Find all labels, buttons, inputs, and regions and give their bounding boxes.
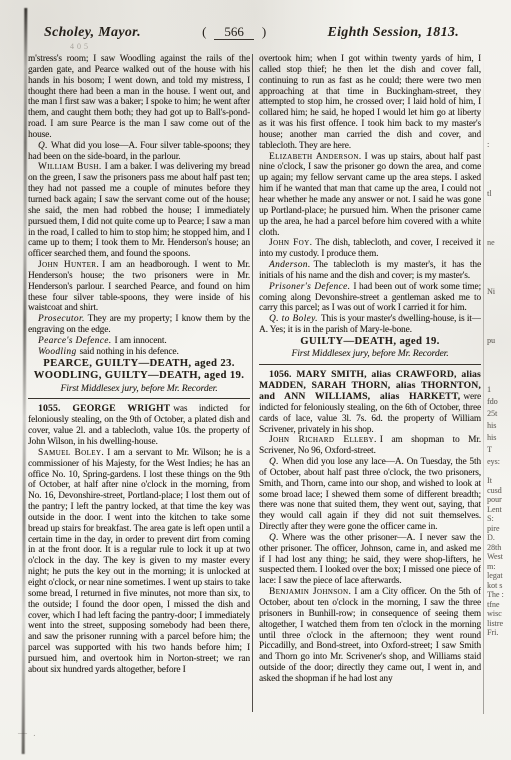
question-label: Q. (269, 533, 279, 543)
witness-testimony: William Bush.I am a baker. I was deliver… (28, 162, 250, 260)
question-answer: Q.When did you lose any lace—A. On Tuesd… (259, 457, 481, 533)
witness-name: Benjamin Johnson. (269, 587, 351, 597)
paren-open: ( (194, 24, 214, 39)
paragraph-text: I was up stairs, about half past nine o'… (259, 152, 481, 238)
left-column: m'stress's room; I saw Woodling against … (28, 54, 250, 710)
paragraph-text: I am a City officer. On the 5th of Octob… (259, 587, 481, 684)
question-label: Q. to Boley. (269, 314, 318, 324)
edge-fragment: West (487, 552, 511, 561)
jury-attribution: First Middlesex jury, before Mr. Recorde… (28, 384, 250, 395)
case-separator-rule (259, 364, 481, 365)
witness-name: William Bush. (38, 162, 102, 172)
speaker-label: Pearce's Defence. (38, 336, 112, 346)
witness-testimony: John Foy.The dish, tablecloth, and cover… (259, 238, 481, 260)
witness-testimony: Benjamin Johnson.I am a City officer. On… (259, 587, 481, 685)
edge-fragment: It (487, 476, 511, 485)
edge-fragment: Fri. (487, 628, 511, 637)
paragraph-text: I am a servant to Mr. Wilson; he is a co… (28, 448, 250, 675)
question-label: Q. (38, 141, 48, 151)
paragraph-text: m'stress's room; I saw Woodling against … (28, 54, 250, 140)
page-header: Scholey, Mayor. (566) Eighth Session, 18… (28, 24, 483, 48)
show-through-artifact: 405 (70, 42, 91, 51)
verdict-line: GUILTY—DEATH, aged 19. (259, 336, 481, 349)
case-number-and-defendant: 1055. GEORGE WRIGHT (38, 403, 170, 414)
edge-fragment: T (487, 445, 511, 454)
defence-statement: Pearce's Defence.I am innocent. (28, 336, 250, 347)
ink-smudge-artifact: — . (18, 728, 38, 738)
edge-fragment: tfne (487, 600, 511, 609)
edge-fragment: 25t (487, 409, 511, 418)
edge-fragment: listre (487, 619, 511, 628)
scanned-document-page: Scholey, Mayor. (566) Eighth Session, 18… (0, 0, 511, 760)
witness-testimony: John Richard Elleby.I am shopman to Mr. … (259, 435, 481, 457)
paragraph-text: Where was the other prisoner—A. I never … (259, 533, 481, 586)
edge-fragment: kot s (487, 581, 511, 590)
edge-fragment: his (487, 421, 511, 430)
case-separator-rule (28, 398, 250, 399)
page-number: 566 (214, 24, 254, 40)
edge-fragment: wisc (487, 609, 511, 618)
edge-fragment: fdo (487, 397, 511, 406)
speaker-label: Prosecutor. (38, 314, 85, 324)
jury-attribution: First Middlesex jury, before Mr. Recorde… (259, 349, 481, 360)
edge-fragment: : (487, 140, 511, 149)
edge-fragment: ne (487, 238, 511, 247)
witness-name: Elizabeth Anderson. (269, 152, 362, 162)
question-label: Q. (269, 457, 279, 467)
binding-shadow (22, 8, 28, 754)
verdict-line: WOODLING, GUILTY—DEATH, aged 19. (28, 370, 250, 383)
edge-fragment: S: (487, 514, 511, 523)
paragraph-text: What did you lose—A. Four silver table-s… (28, 141, 250, 162)
verdict-line: PEARCE, GUILTY—DEATH, aged 23. (28, 358, 250, 371)
witness-name: John Foy. (269, 238, 312, 248)
speaker-label: Woodling (38, 347, 77, 357)
witness-name: John Richard Elleby. (269, 435, 377, 445)
edge-fragment: Ni (487, 287, 511, 296)
page-number-block: (566) (141, 24, 328, 40)
page-edge-line (483, 54, 484, 714)
edge-fragment: D. (487, 533, 511, 542)
speaker-label: Prisoner's Defence. (269, 282, 350, 292)
testimony-continuation: overtook him; when I got within twenty y… (259, 54, 481, 152)
edge-fragment: pour (487, 495, 511, 504)
indictment: 1055. GEORGE WRIGHTwas indicted for felo… (28, 404, 250, 447)
case-number-and-defendants: 1056. MARY SMITH, alias CRAWFORD, alias … (259, 369, 481, 402)
edge-fragment: 28th (487, 543, 511, 552)
witness-testimony: Samuel Boley.I am a servant to Mr. Wilso… (28, 448, 250, 676)
mayor-title: Scholey, Mayor. (44, 25, 141, 41)
paragraph-text: I am innocent. (115, 336, 167, 346)
question-answer: Q.Where was the other prisoner—A. I neve… (259, 533, 481, 587)
witness-name: John Hunter. (38, 260, 99, 270)
question-answer: Q.What did you lose—A. Four silver table… (28, 141, 250, 163)
edge-fragment: The : (487, 590, 511, 599)
edge-fragment: pire (487, 524, 511, 533)
session-title: Eighth Session, 1813. (327, 25, 459, 41)
speaker-label: Anderson. (269, 260, 311, 270)
paragraph-text: When did you lose any lace—A. On Tuesday… (259, 457, 481, 532)
witness-name: Samuel Boley. (38, 448, 104, 458)
edge-fragment: eys: (487, 457, 511, 466)
edge-fragment: m: (487, 562, 511, 571)
paragraph-text: said nothing in his defence. (80, 347, 179, 357)
paragraph-text: overtook him; when I got within twenty y… (259, 54, 481, 151)
adjacent-page-text-fragments: : tl ne Ni pu 1 fdo 25t his his T eys: I… (487, 140, 511, 638)
edge-fragment: legat (487, 571, 511, 580)
testimony-continuation: m'stress's room; I saw Woodling against … (28, 54, 250, 141)
paragraph-text: I am a baker. I was delivering my bread … (28, 162, 250, 259)
edge-fragment: cusd (487, 486, 511, 495)
edge-fragment: Lent (487, 505, 511, 514)
paren-close: ) (254, 24, 274, 39)
witness-testimony: John Hunter.I am an headborough. I went … (28, 260, 250, 314)
defence-statement: Prisoner's Defence.I had been out of wor… (259, 282, 481, 315)
edge-fragment: pu (487, 336, 511, 345)
edge-fragment: tl (487, 189, 511, 198)
witness-statement: Anderson.The tablecloth is my master's, … (259, 260, 481, 282)
question-answer: Q. to Boley.This is your master's dwelli… (259, 314, 481, 336)
edge-fragment: his (487, 433, 511, 442)
indictment: 1056. MARY SMITH, alias CRAWFORD, alias … (259, 370, 481, 435)
edge-fragment: 1 (487, 385, 511, 394)
defence-note: Woodlingsaid nothing in his defence. (28, 347, 250, 358)
column-divider-rule (252, 54, 253, 712)
prosecutor-statement: Prosecutor.They are my property; I know … (28, 314, 250, 336)
witness-testimony: Elizabeth Anderson.I was up stairs, abou… (259, 152, 481, 239)
right-column: overtook him; when I got within twenty y… (259, 54, 481, 710)
